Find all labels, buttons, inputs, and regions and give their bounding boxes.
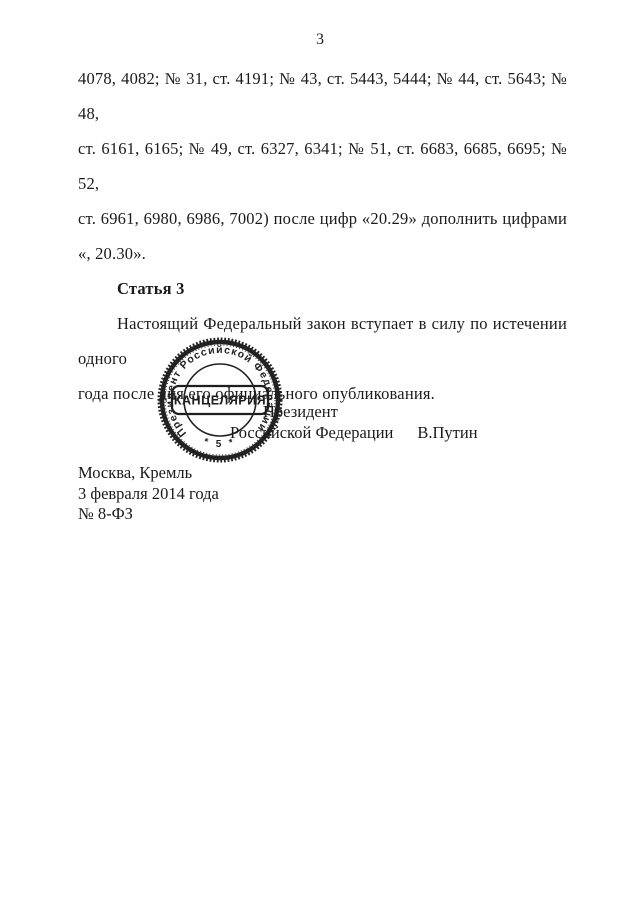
issuance-place: Москва, Кремль: [78, 463, 219, 484]
chancellery-stamp: Президент Российской Федерации * 5 * КАН…: [150, 330, 290, 470]
page-number: 3: [0, 31, 640, 49]
document-page: { "page": { "number": "3" }, "body": { "…: [0, 0, 640, 905]
article-heading: Статья 3: [78, 271, 567, 306]
issuance-block: Москва, Кремль 3 февраля 2014 года № 8-Ф…: [78, 463, 219, 525]
body-line: ст. 6961, 6980, 6986, 7002) после цифр «…: [78, 201, 567, 236]
issuance-date: 3 февраля 2014 года: [78, 484, 219, 505]
round-stamp-graphic: Президент Российской Федерации * 5 * КАН…: [150, 330, 290, 470]
signature-line2: Российской ФедерацииВ.Путин: [230, 422, 478, 443]
body-line: ст. 6161, 6165; № 49, ст. 6327, 6341; № …: [78, 131, 567, 201]
signatory-name: В.Путин: [417, 422, 477, 443]
body-line: 4078, 4082; № 31, ст. 4191; № 43, ст. 54…: [78, 61, 567, 131]
body-line: «, 20.30».: [78, 236, 567, 271]
signature-title-line2: Российской Федерации: [230, 423, 393, 442]
signature-block: Президент Российской ФедерацииВ.Путин: [230, 401, 478, 443]
signature-title-line1: Президент: [263, 401, 478, 422]
document-number: № 8-ФЗ: [78, 504, 219, 525]
